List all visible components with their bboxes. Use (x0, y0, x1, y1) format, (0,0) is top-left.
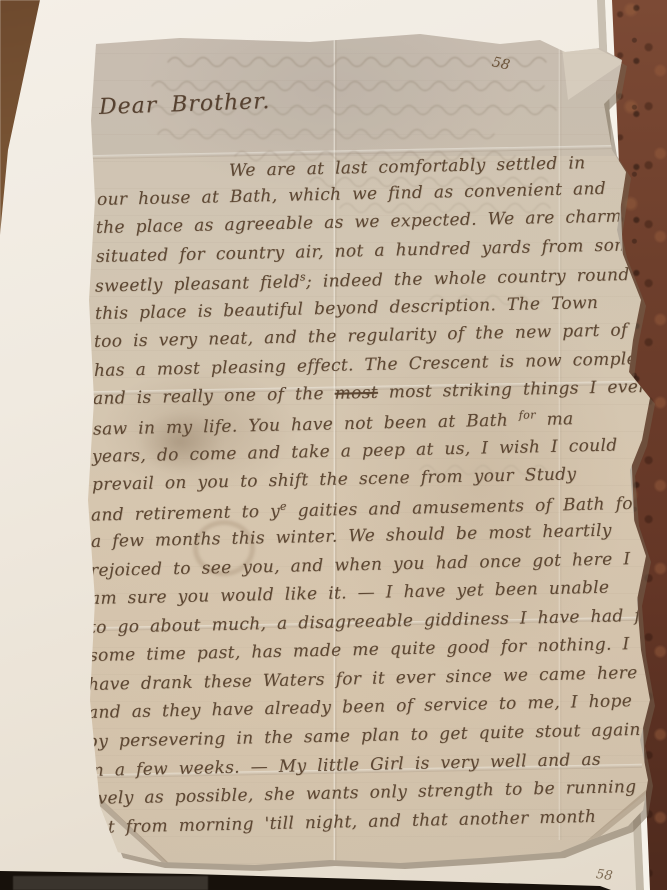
letter-line: in a few weeks. — My little Girl is very… (86, 749, 600, 780)
archive-number-bottom: 58 (595, 867, 613, 884)
letter-line: has a most pleasing effect. The Crescent… (93, 348, 665, 380)
letter-line: to go about much, a disagreeable giddine… (89, 605, 660, 637)
letter-line: this place is beautiful beyond descripti… (94, 293, 598, 324)
letter-line: out from morning 'till night, and that a… (85, 807, 596, 838)
letter-line: and is really one of the most most strik… (93, 377, 647, 409)
dark-band-light-segment (13, 876, 208, 890)
letter-line: our house at Bath, which we find as conv… (96, 178, 605, 209)
letter-line: have drank these Waters for it ever sinc… (88, 663, 638, 695)
letter-line: the place as agreeable as we expected. W… (96, 206, 666, 238)
letter-paper: Dear Brother. We are at last comfortably… (0, 0, 667, 890)
letter-line: saw in my life. You have not been at Bat… (92, 407, 573, 439)
letter-line: too is very neat, and the regularity of … (94, 320, 652, 352)
photograph-of-letter: Dear Brother. We are at last comfortably… (0, 0, 667, 890)
archive-number-top: 58 (491, 54, 512, 73)
letter-line: lively as possible, she wants only stren… (86, 777, 637, 809)
letter-line: and as they have already been of service… (87, 692, 632, 724)
letter-line: rejoiced to see you, and when you had on… (90, 549, 631, 581)
letter-line: am sure you would like it. — I have yet … (89, 578, 609, 609)
letter-line: sweetly pleasant fields; indeed the whol… (95, 264, 630, 297)
letter-line: We are at last comfortably settled in (229, 153, 586, 181)
letter-line: a few months this winter. We should be m… (90, 521, 611, 552)
letter-line: some time past, has made me quite good f… (88, 635, 629, 667)
